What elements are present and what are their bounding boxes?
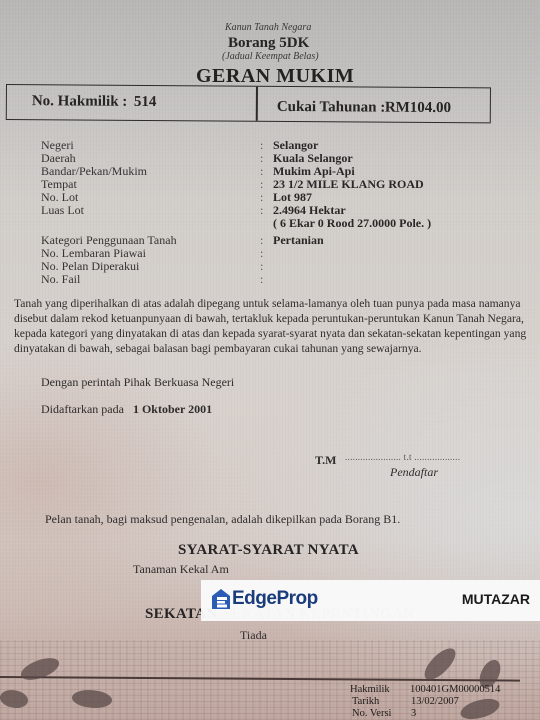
footer-tarikh-value: 13/02/2007: [411, 696, 459, 707]
footer-hakmilik-label: Hakmilik: [350, 684, 390, 695]
express-conditions-value: Tanaman Kekal Am: [133, 562, 229, 577]
paragraph-line: dinyatakan di bawah, sebagai balasan bag…: [14, 341, 514, 356]
plan-note: Pelan tanah, bagi maksud pengenalan, ada…: [45, 512, 400, 527]
act-name: Kanun Tanah Negara: [225, 22, 311, 33]
field-colon: :: [260, 272, 263, 287]
schedule-note: (Jadual Keempat Belas): [222, 51, 319, 62]
hakmilik-value: 514: [134, 94, 157, 111]
paragraph-line: disebut dalam rekod ketuanpunyaan di baw…: [14, 311, 514, 326]
paragraph-line: Tanah yang diperihalkan di atas adalah d…: [14, 296, 514, 311]
field-label: No. Fail: [41, 272, 80, 287]
form-name: Borang 5DK: [228, 35, 309, 52]
footer-versi-value: 3: [411, 708, 416, 719]
watermark-banner: EdgeProp MUTAZAR: [201, 580, 540, 621]
footer-tarikh-label: Tarikh: [352, 696, 379, 707]
signature-line: ...................... t.t .............…: [345, 452, 460, 462]
field-value: Pertanian: [273, 233, 324, 248]
registration-line: Didaftarkan pada 1 Oktober 2001: [41, 402, 212, 417]
edgeprop-logo: EdgeProp: [211, 588, 318, 610]
cukai-value: RM104.00: [385, 100, 451, 117]
registration-label: Didaftarkan pada: [41, 402, 124, 416]
hakmilik-label: No. Hakmilik :: [32, 93, 128, 111]
registrar-label: Pendaftar: [390, 465, 438, 480]
title-box: No. Hakmilik : 514 Cukai Tahunan : RM104…: [6, 84, 491, 123]
cukai-label: Cukai Tahunan :: [277, 99, 386, 117]
field-colon: :: [260, 203, 263, 218]
paragraph-line: kepada kategori yang dinyatakan di atas …: [14, 326, 514, 341]
registration-date: 1 Oktober 2001: [133, 402, 212, 416]
field-value: ( 6 Ekar 0 Rood 27.0000 Pole. ): [273, 216, 431, 231]
tm-label: T.M: [315, 453, 336, 468]
authority-text: Dengan perintah Pihak Berkuasa Negeri: [41, 375, 234, 390]
footer-versi-label: No. Versi: [352, 708, 391, 719]
title-box-divider: [256, 87, 258, 121]
field-label: Luas Lot: [41, 203, 84, 218]
brand-edge: Edge: [232, 588, 276, 610]
footer-hakmilik-value: 100401GM00000514: [410, 684, 500, 695]
tenure-paragraph: Tanah yang diperihalkan di atas adalah d…: [14, 296, 514, 356]
express-conditions-title: SYARAT-SYARAT NYATA: [178, 542, 359, 559]
agent-name: MUTAZAR: [462, 591, 530, 607]
house-icon: [211, 588, 231, 610]
brand-prop: Prop: [276, 588, 317, 610]
